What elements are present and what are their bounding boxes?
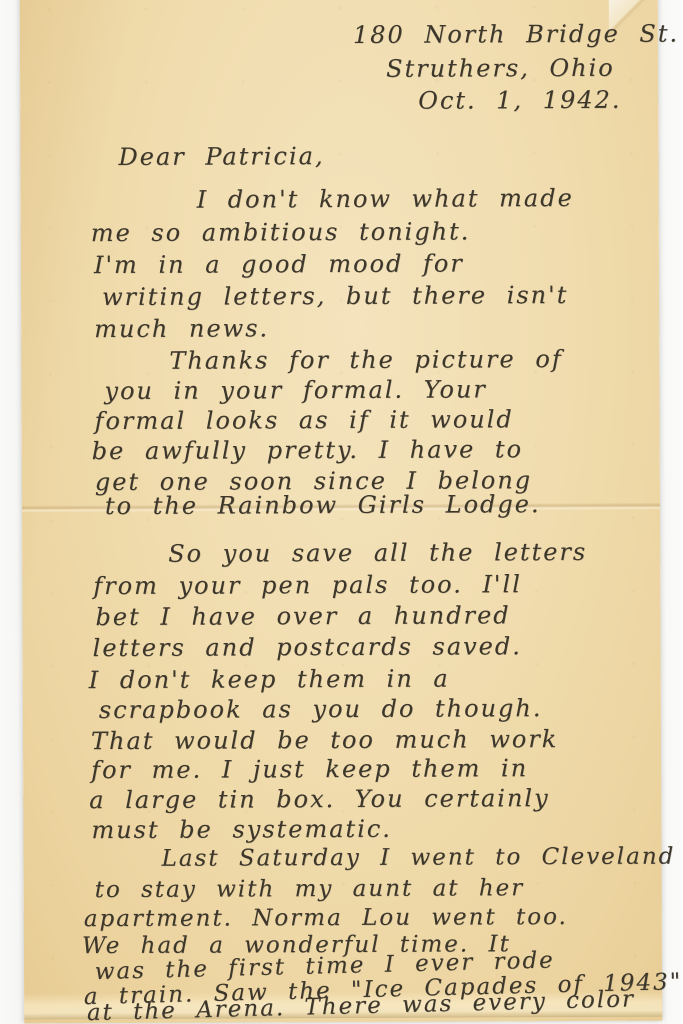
letter-line: be awfully pretty. I have to (92, 436, 523, 464)
letter-paper: 180 North Bridge St. Struthers, Ohio Oct… (20, 0, 662, 1023)
letter-line: That would be too much work (91, 726, 558, 754)
letter-line: I don't keep them in a (89, 666, 450, 694)
letter-line: me so ambitious tonight. (91, 218, 471, 246)
letter-line: much news. (94, 315, 269, 342)
letter-line: writing letters, but there isn't (102, 282, 568, 310)
letter-line: Last Saturday I went to Cleveland (161, 845, 675, 873)
letter-line: I don't know what made (197, 185, 574, 213)
letter-line: bet I have over a hundred (95, 602, 510, 630)
letter-line: a large tin box. You certainly (89, 785, 549, 813)
letter-line: from your pen pals too. I'll (93, 571, 522, 599)
letter-line: Thanks for the picture of (169, 346, 562, 374)
letter-line: So you save all the letters (168, 539, 587, 567)
scan-background: 180 North Bridge St. Struthers, Ohio Oct… (0, 0, 683, 1024)
salutation: Dear Patricia, (118, 143, 324, 170)
address-line: Struthers, Ohio (386, 55, 615, 82)
letter-line: you in your formal. Your (104, 376, 486, 404)
address-line: 180 North Bridge St. (353, 21, 679, 49)
letter-line: for me. I just keep them in (91, 755, 528, 783)
letter-line: to the Rainbow Girls Lodge. (105, 491, 541, 519)
letter-line: I'm in a good mood for (94, 250, 464, 278)
letter-line: to stay with my aunt at her (95, 876, 525, 903)
letter-line: scrapbook as you do though. (99, 695, 543, 723)
letter-line: apartment. Norma Lou went too. (84, 905, 568, 932)
letter-line: must be systematic. (91, 816, 392, 844)
letter-line: letters and postcards saved. (93, 633, 522, 661)
date-line: Oct. 1, 1942. (418, 87, 621, 114)
letter-line: formal looks as if it would (95, 406, 514, 434)
